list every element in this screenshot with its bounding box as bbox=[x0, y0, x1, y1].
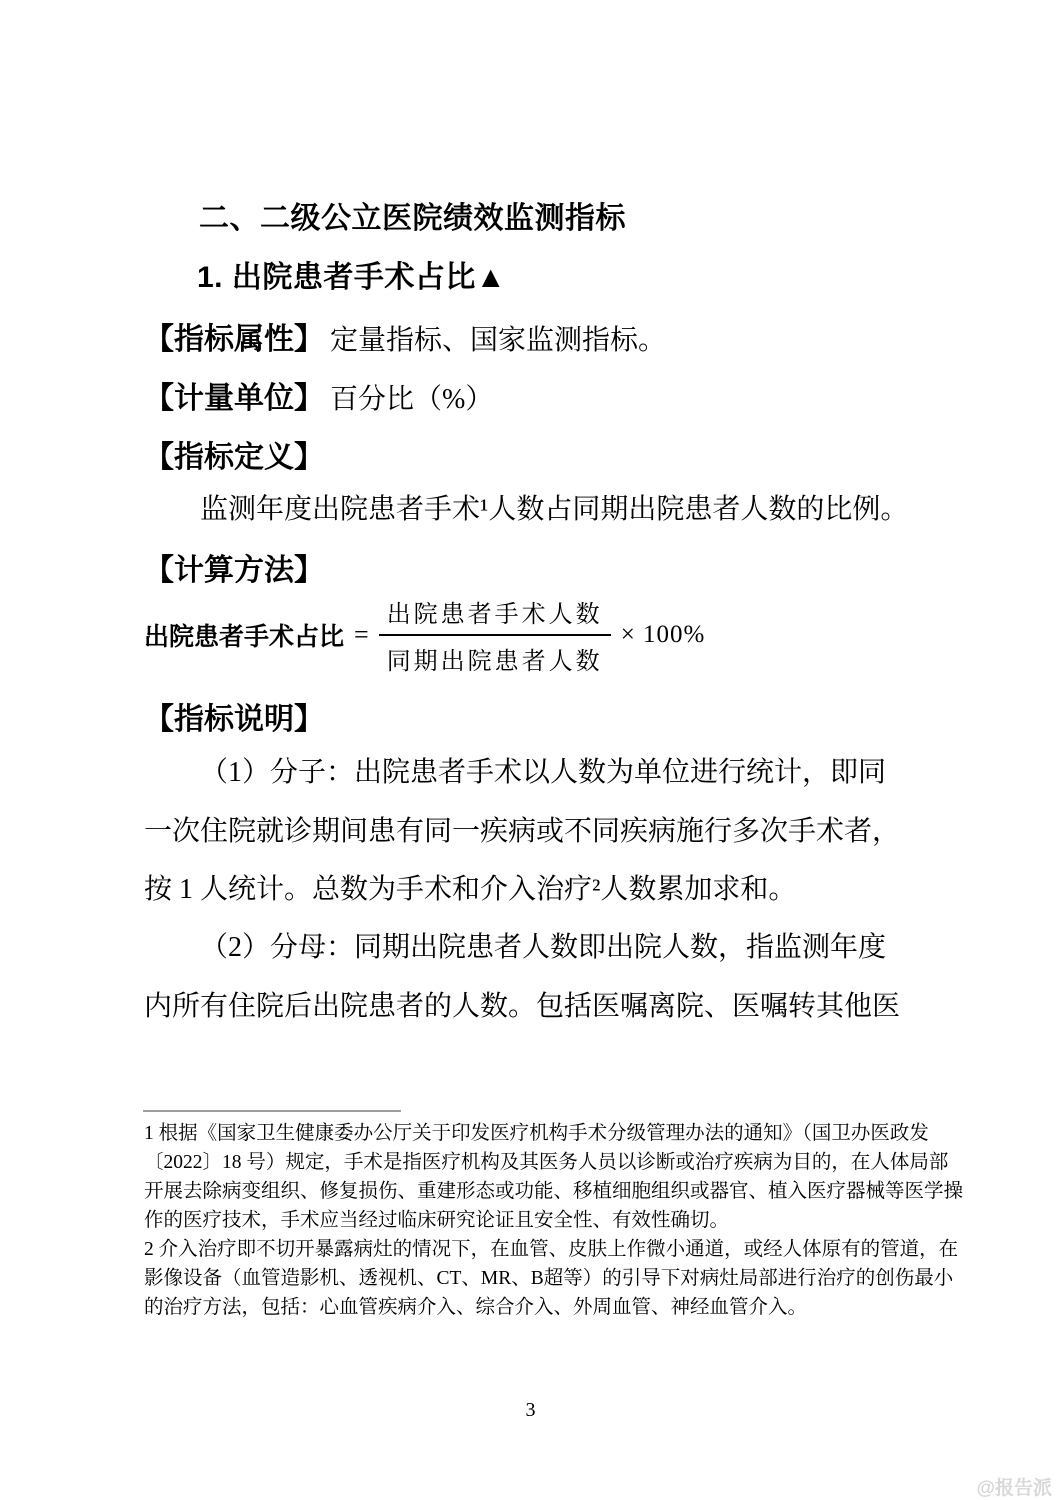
definition-text: 监测年度出院患者手术¹人数占同期出院患者人数的比例。 bbox=[200, 487, 908, 527]
definition-label: 【指标定义】 bbox=[144, 441, 324, 474]
method-label: 【计算方法】 bbox=[144, 554, 324, 587]
indicator-heading: 1. 出院患者手术占比▲ bbox=[197, 252, 506, 296]
formula-equals-sign: = bbox=[354, 620, 369, 650]
notes-label: 【指标说明】 bbox=[144, 703, 324, 736]
section-heading: 二、二级公立医院绩效监测指标 bbox=[199, 193, 626, 237]
attribute-value: 定量指标、国家监测指标。 bbox=[330, 325, 666, 356]
note2-line1: （2）分母：同期出院患者人数即出院人数，指监测年度 bbox=[200, 925, 886, 965]
formula: 出院患者手术占比 = 出院患者手术人数 同期出院患者人数 × 100% bbox=[144, 589, 705, 681]
unit-value: 百分比（%） bbox=[330, 384, 493, 415]
formula-numerator: 出院患者手术人数 bbox=[379, 594, 611, 636]
definition-label-line: 【指标定义】 bbox=[144, 432, 324, 476]
footnotes-block: 1 根据《国家卫生健康委办公厅关于印发医疗机构手术分级管理办法的通知》（国卫办医… bbox=[144, 1119, 934, 1322]
footnote-separator bbox=[143, 1110, 401, 1112]
document-page: 二、二级公立医院绩效监测指标 1. 出院患者手术占比▲ 【指标属性】定量指标、国… bbox=[0, 0, 1061, 1500]
footnote1-line1: 1 根据《国家卫生健康委办公厅关于印发医疗机构手术分级管理办法的通知》（国卫办医… bbox=[144, 1119, 934, 1148]
footnote2-line1: 2 介入治疗即不切开暴露病灶的情况下，在血管、皮肤上作微小通道，或经人体原有的管… bbox=[144, 1235, 934, 1264]
formula-fraction: 出院患者手术人数 同期出院患者人数 bbox=[379, 594, 611, 676]
footnote1-line3: 开展去除病变组织、修复损伤、重建形态或功能、移植细胞组织或器官、植入医疗器械等医… bbox=[144, 1177, 934, 1206]
formula-lhs: 出院患者手术占比 bbox=[144, 617, 344, 653]
note1-line2: 一次住院就诊期间患有同一疾病或不同疾病施行多次手术者， bbox=[144, 809, 900, 849]
note1-line3: 按 1 人统计。总数为手术和介入治疗²人数累加求和。 bbox=[144, 867, 796, 907]
page-number: 3 bbox=[0, 1399, 1061, 1422]
footnote2-line2: 影像设备（血管造影机、透视机、CT、MR、B超等）的引导下对病灶局部进行治疗的创… bbox=[144, 1264, 934, 1293]
formula-multiplier: × 100% bbox=[621, 621, 706, 649]
note2-line2: 内所有住院后出院患者的人数。包括医嘱离院、医嘱转其他医 bbox=[144, 984, 900, 1024]
formula-denominator: 同期出院患者人数 bbox=[379, 636, 611, 676]
footnote1-line4: 作的医疗技术，手术应当经过临床研究论证且安全性、有效性确切。 bbox=[144, 1206, 934, 1235]
unit-line: 【计量单位】百分比（%） bbox=[144, 373, 493, 417]
unit-label: 【计量单位】 bbox=[144, 382, 324, 415]
note1-line1: （1）分子：出院患者手术以人数为单位进行统计，即同 bbox=[200, 750, 886, 790]
footnote1-line2: 〔2022〕18 号）规定，手术是指医疗机构及其医务人员以诊断或治疗疾病为目的，… bbox=[144, 1148, 934, 1177]
watermark: @报告派 bbox=[976, 1473, 1052, 1500]
method-label-line: 【计算方法】 bbox=[144, 545, 324, 589]
notes-label-line: 【指标说明】 bbox=[144, 694, 324, 738]
attribute-line: 【指标属性】定量指标、国家监测指标。 bbox=[144, 314, 666, 358]
footnote2-line3: 的治疗方法，包括：心血管疾病介入、综合介入、外周血管、神经血管介入。 bbox=[144, 1293, 934, 1322]
attribute-label: 【指标属性】 bbox=[144, 323, 324, 356]
